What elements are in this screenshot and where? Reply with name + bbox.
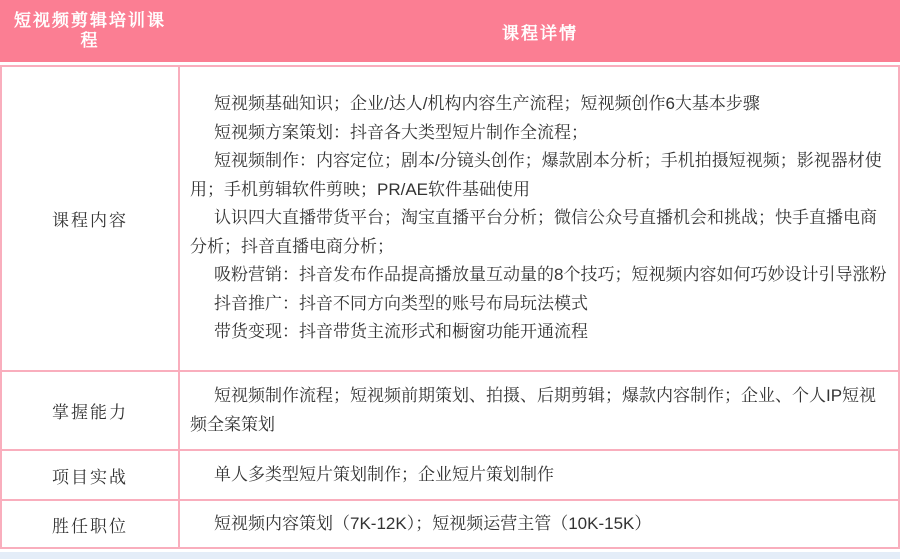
content-paragraph: 吸粉营销：抖音发布作品提高播放量互动量的8个技巧；短视频内容如何巧妙设计引导涨粉 [190,261,888,290]
header-details-title: 课程详情 [180,19,900,44]
course-table-page: 短视频剪辑培训课程 课程详情 课程内容 短视频基础知识；企业/达人/机构内容生产… [0,0,900,559]
content-paragraph: 带货变现：抖音带货主流形式和橱窗功能开通流程 [190,318,888,347]
table-row: 胜任职位 短视频内容策划（7K-12K）；短视频运营主管（10K-15K） [2,501,898,549]
table-header: 短视频剪辑培训课程 课程详情 [0,0,900,62]
content-paragraph: 短视频制作：内容定位；剧本/分镜头创作；爆款剧本分析；手机拍摄短视频；影视器材使… [190,147,888,204]
course-table-body: 课程内容 短视频基础知识；企业/达人/机构内容生产流程；短视频创作6大基本步骤短… [0,65,900,549]
table-row: 课程内容 短视频基础知识；企业/达人/机构内容生产流程；短视频创作6大基本步骤短… [2,67,898,372]
row-content: 短视频制作流程；短视频前期策划、拍摄、后期剪辑；爆款内容制作；企业、个人IP短视… [180,372,898,449]
row-label: 课程内容 [2,67,180,370]
content-paragraph: 单人多类型短片策划制作；企业短片策划制作 [190,461,888,490]
row-content: 短视频基础知识；企业/达人/机构内容生产流程；短视频创作6大基本步骤短视频方案策… [180,67,898,370]
header-course-title: 短视频剪辑培训课程 [11,11,169,51]
content-paragraph: 短视频方案策划：抖音各大类型短片制作全流程； [190,119,888,148]
content-paragraph: 短视频制作流程；短视频前期策划、拍摄、后期剪辑；爆款内容制作；企业、个人IP短视… [190,382,888,439]
row-label: 掌握能力 [2,372,180,449]
table-row: 项目实战 单人多类型短片策划制作；企业短片策划制作 [2,451,898,501]
row-label: 胜任职位 [2,501,180,547]
table-row: 掌握能力 短视频制作流程；短视频前期策划、拍摄、后期剪辑；爆款内容制作；企业、个… [2,372,898,451]
page-bottom-strip [0,552,900,559]
row-label: 项目实战 [2,451,180,499]
content-paragraph: 抖音推广：抖音不同方向类型的账号布局玩法模式 [190,290,888,319]
header-course-title-cell: 短视频剪辑培训课程 [0,11,180,51]
row-content: 短视频内容策划（7K-12K）；短视频运营主管（10K-15K） [180,501,898,547]
content-paragraph: 短视频内容策划（7K-12K）；短视频运营主管（10K-15K） [190,510,888,539]
content-paragraph: 短视频基础知识；企业/达人/机构内容生产流程；短视频创作6大基本步骤 [190,90,888,119]
content-paragraph: 认识四大直播带货平台；淘宝直播平台分析；微信公众号直播机会和挑战；快手直播电商分… [190,204,888,261]
row-content: 单人多类型短片策划制作；企业短片策划制作 [180,451,898,499]
